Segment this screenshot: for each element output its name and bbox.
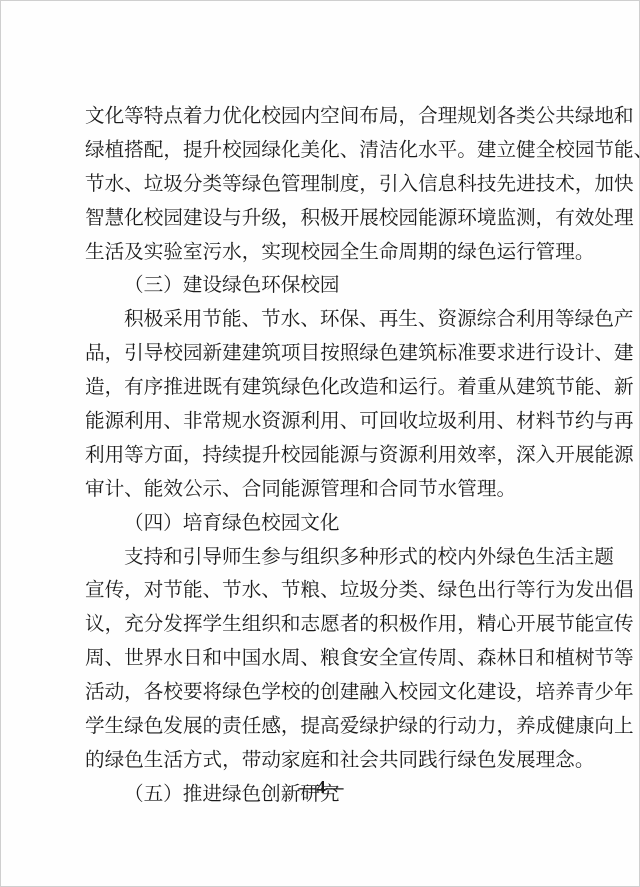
text-line: 活动，各校要将绿色学校的创建融入校园文化建设，培养青少年: [85, 675, 563, 709]
text-line: 智慧化校园建设与升级，积极开展校园能源环境监测，有效处理: [85, 201, 563, 235]
text-line: 周、世界水日和中国水周、粮食安全宣传周、森林日和植树节等: [85, 641, 563, 675]
section-heading-3: （三）建设绿色环保校园: [85, 268, 563, 302]
text-line: 宣传，对节能、节水、节粮、垃圾分类、绿色出行等行为发出倡: [85, 573, 563, 607]
text-line: 文化等特点着力优化校园内空间布局，合理规划各类公共绿地和: [85, 99, 563, 133]
text-line: 利用等方面，持续提升校园能源与资源利用效率，深入开展能源: [85, 438, 563, 472]
text-line: 审计、能效公示、合同能源管理和合同节水管理。: [85, 472, 563, 506]
text-line: 品，引导校园新建建筑项目按照绿色建筑标准要求进行设计、建: [85, 336, 563, 370]
text-line: 绿植搭配，提升校园绿化美化、清洁化水平。建立健全校园节能、: [85, 133, 563, 167]
text-line: 生活及实验室污水，实现校园全生命周期的绿色运行管理。: [85, 235, 563, 269]
section-heading-4: （四）培育绿色校园文化: [85, 506, 563, 540]
text-line: 积极采用节能、节水、环保、再生、资源综合利用等绿色产: [85, 302, 563, 336]
document-page: 文化等特点着力优化校园内空间布局，合理规划各类公共绿地和 绿植搭配，提升校园绿化…: [0, 0, 640, 887]
text-line: 学生绿色发展的责任感，提高爱绿护绿的行动力，养成健康向上: [85, 709, 563, 743]
page-number: —4—: [1, 777, 640, 798]
text-line: 能源利用、非常规水资源利用、可回收垃圾利用、材料节约与再: [85, 404, 563, 438]
text-line: 议，充分发挥学生组织和志愿者的积极作用，精心开展节能宣传: [85, 607, 563, 641]
text-line: 节水、垃圾分类等绿色管理制度，引入信息科技先进技术，加快: [85, 167, 563, 201]
page-body: 文化等特点着力优化校园内空间布局，合理规划各类公共绿地和 绿植搭配，提升校园绿化…: [85, 99, 563, 811]
text-line: 的绿色生活方式，带动家庭和社会共同践行绿色发展理念。: [85, 743, 563, 777]
paragraph-green-culture: 支持和引导师生参与组织多种形式的校内外绿色生活主题 宣传，对节能、节水、节粮、垃…: [85, 540, 563, 777]
paragraph-green-buildings: 积极采用节能、节水、环保、再生、资源综合利用等绿色产 品，引导校园新建建筑项目按…: [85, 302, 563, 505]
text-line: 支持和引导师生参与组织多种形式的校内外绿色生活主题: [85, 540, 563, 574]
paragraph-campus-layout: 文化等特点着力优化校园内空间布局，合理规划各类公共绿地和 绿植搭配，提升校园绿化…: [85, 99, 563, 268]
text-line: 造，有序推进既有建筑绿色化改造和运行。着重从建筑节能、新: [85, 370, 563, 404]
